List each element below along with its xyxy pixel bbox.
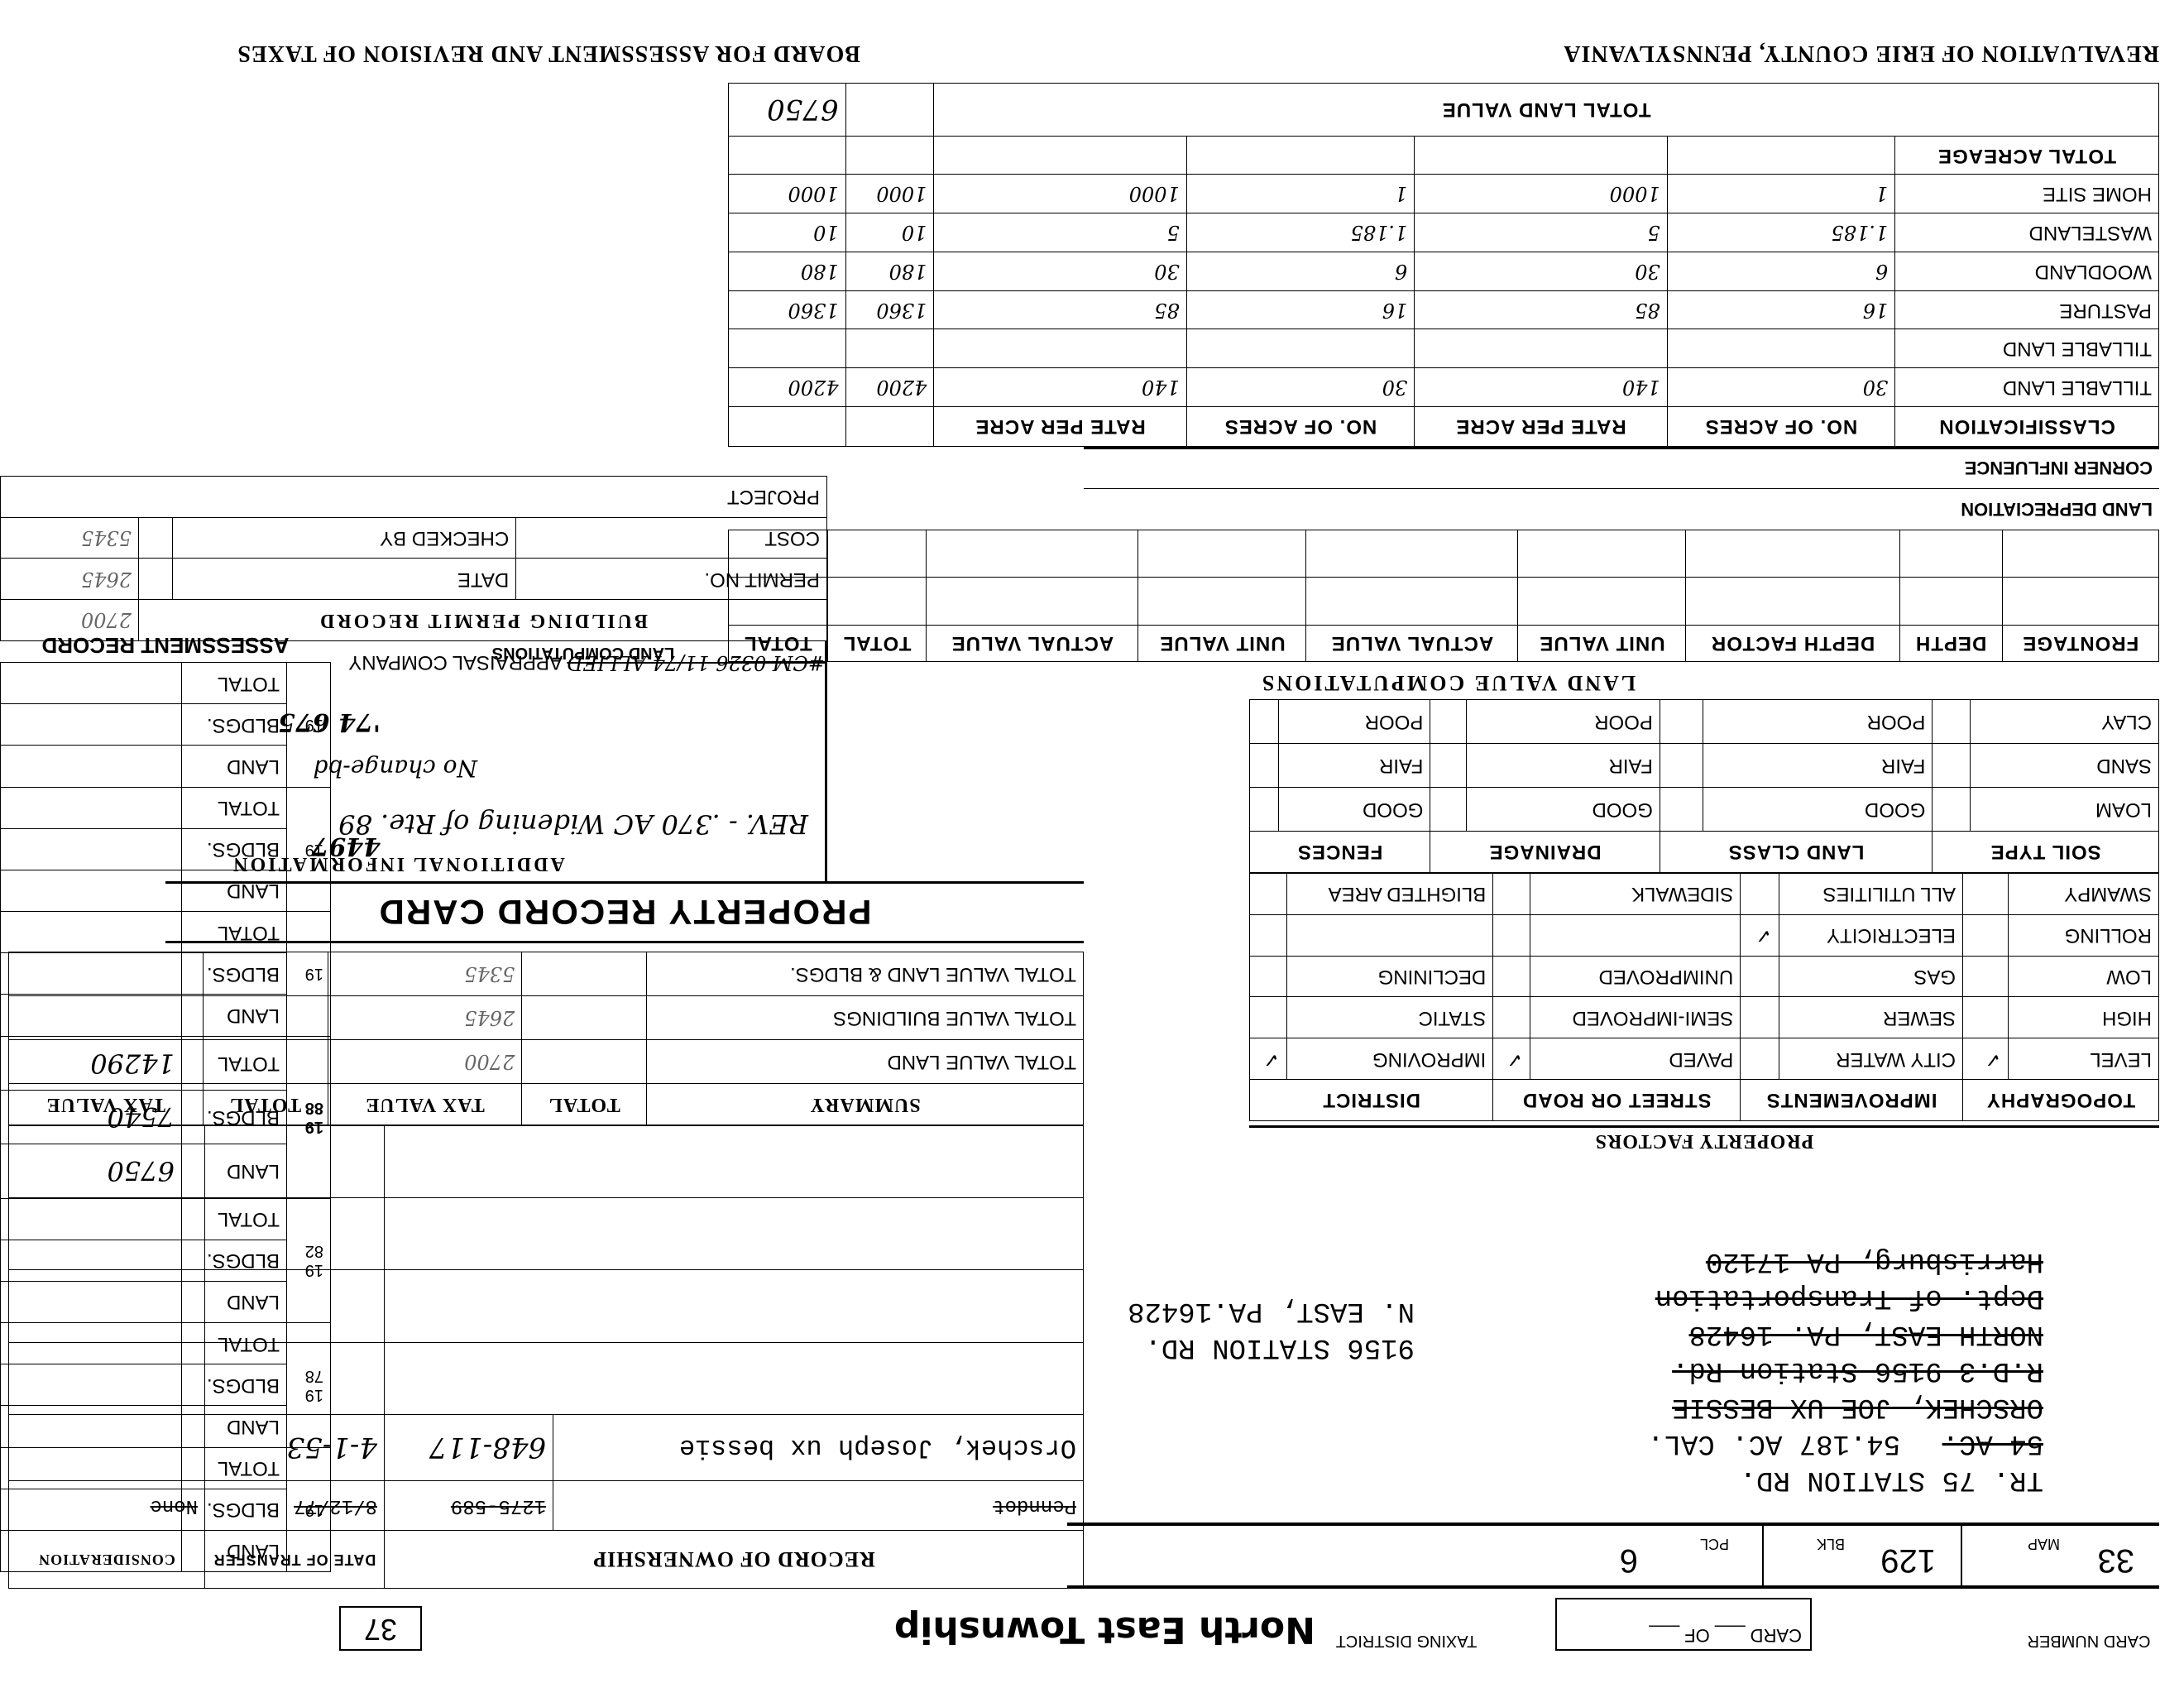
assessment-1988-land: 6750	[1, 1144, 182, 1198]
description-lines: TR. 75 STATION RD. 54 AC. 54.187 AC. CAL…	[1547, 1243, 2043, 1498]
summary-land-bldgs-total	[522, 952, 647, 996]
district-code: 37	[339, 1606, 422, 1651]
taxing-district-label: TAXING DISTRICT	[1332, 1601, 1481, 1651]
class-woodland: WOODLAND	[1895, 252, 2159, 291]
check-paved-icon[interactable]: ✓	[1493, 1038, 1530, 1080]
pf-electricity: ELECTRICITY	[1779, 914, 1962, 956]
desc-line-3: ORSCHEK, JOE UX BESSIE	[1547, 1388, 2043, 1425]
pcl-label: PCL	[1700, 1535, 1729, 1552]
soil-clay: CLAY	[1970, 700, 2158, 744]
side-note-2: '74 675	[278, 707, 381, 736]
desc-line-4: R.D.3 9156 Station Rd.	[1547, 1352, 2043, 1388]
date-label: DATE	[172, 559, 515, 600]
card-of-box[interactable]: CARD ___ OF ___	[1555, 1598, 1812, 1651]
col-improvements: IMPROVEMENTS	[1741, 1080, 1963, 1121]
checkbox-sand[interactable]	[1933, 744, 1971, 788]
checked-by-label: CHECKED BY	[172, 517, 515, 559]
col-rate-per-acre-2: RATE PER ACRE	[934, 407, 1186, 447]
pf-empty-2	[1286, 914, 1493, 956]
pf-empty-1	[1530, 914, 1740, 956]
checkbox-high[interactable]	[1963, 997, 2009, 1038]
property-description: TR. 75 STATION RD. 54 AC. 54.187 AC. CAL…	[1067, 1167, 2159, 1514]
owner-1: Orschek, Joseph ux bessie	[553, 1415, 1084, 1481]
soil-loam: LOAM	[1970, 788, 2158, 832]
permit-no-label: PERMIT NO.	[516, 559, 827, 600]
pf-swampy: SWAMPY	[2009, 874, 2159, 915]
pf-paved: PAVED	[1530, 1038, 1740, 1080]
col-depth: DEPTH	[1899, 626, 2002, 662]
fence-poor: POOR	[1278, 700, 1430, 744]
checkbox-empty-1[interactable]	[1493, 914, 1530, 956]
map-label: MAP	[2028, 1535, 2060, 1552]
col-summary-tax-1: TAX VALUE	[328, 1084, 522, 1125]
class-tillable-2: TILLABLE LAND	[1895, 329, 2159, 368]
pcl-value: 6	[1620, 1542, 1638, 1579]
checkbox-sewer[interactable]	[1741, 997, 1779, 1038]
checkbox-drain-fair[interactable]	[1430, 744, 1467, 788]
address-line-2: N. EAST, PA.16428	[1067, 1292, 1415, 1329]
pf-all-utilities: ALL UTILITIES	[1779, 874, 1962, 915]
total-land-value: 6750	[729, 84, 846, 137]
checkbox-unimproved[interactable]	[1493, 956, 1530, 997]
address-line-1: 9156 STATION RD.	[1067, 1329, 1415, 1365]
total-land-value-label: TOTAL LAND VALUE	[934, 84, 2159, 137]
summary-land-label: TOTAL VALUE LAND	[647, 1040, 1084, 1084]
summary-land-bldgs-tax: 5345	[328, 952, 522, 996]
col-no-of-acres: NO. OF ACRES	[1667, 407, 1894, 447]
drain-fair: FAIR	[1467, 744, 1660, 788]
cost-label: COST	[516, 517, 827, 559]
checkbox-class-fair[interactable]	[1660, 744, 1703, 788]
checkbox-declining[interactable]	[1250, 956, 1287, 997]
col-frontage: FRONTAGE	[2002, 626, 2158, 662]
class-wasteland: WASTELAND	[1895, 213, 2159, 252]
col-value-1	[845, 407, 934, 447]
soil-table: SOIL TYPE LAND CLASS DRAINAGE FENCES LOA…	[1249, 699, 2159, 873]
checkbox-fence-poor[interactable]	[1250, 700, 1279, 744]
col-soil-type: SOIL TYPE	[1933, 832, 2159, 873]
col-land-class: LAND CLASS	[1660, 832, 1932, 873]
col-no-of-acres-2: NO. OF ACRES	[1186, 407, 1414, 447]
check-electricity-icon[interactable]: ✓	[1741, 914, 1779, 956]
checkbox-drain-good[interactable]	[1430, 788, 1467, 832]
checkbox-all-utilities[interactable]	[1741, 874, 1779, 915]
checkbox-drain-poor[interactable]	[1430, 700, 1467, 744]
summary-bldgs-total	[522, 996, 647, 1040]
project-label: PROJECT	[1, 477, 827, 518]
property-record-card: CARD NUMBER CARD ___ OF ___ TAXING DISTR…	[0, 0, 2184, 1688]
checkbox-loam[interactable]	[1933, 788, 1971, 832]
col-summary-total-1: TOTAL	[522, 1084, 647, 1125]
drain-good: GOOD	[1467, 788, 1660, 832]
map-cell: MAP 33	[1961, 1526, 2159, 1585]
desc-line-6: Dept. of Transportation	[1547, 1279, 2043, 1316]
checkbox-swampy[interactable]	[1963, 874, 2009, 915]
deed-1: 648-117	[385, 1415, 553, 1481]
pf-sewer: SEWER	[1779, 997, 1962, 1038]
col-classification: CLASSIFICATION	[1895, 407, 2159, 447]
class-home-site: HOME SITE	[1895, 175, 2159, 213]
fence-fair: FAIR	[1278, 744, 1430, 788]
card-id-row: CARD NUMBER CARD ___ OF ___ TAXING DISTR…	[25, 1601, 2159, 1651]
blk-cell: BLK 129	[1762, 1526, 1961, 1585]
assessment-1988-total: 14290	[1, 1036, 182, 1090]
class-poor: POOR	[1703, 700, 1933, 744]
permit-margin-1: 2645	[1, 559, 139, 600]
checkbox-fence-fair[interactable]	[1250, 744, 1279, 788]
pf-semi-improved: SEMI-IMPROVED	[1530, 997, 1740, 1038]
checkbox-static[interactable]	[1250, 997, 1287, 1038]
soil-sand: SAND	[1970, 744, 2158, 788]
desc-line-0: TR. 75 STATION RD.	[1547, 1461, 2043, 1498]
property-factors-title: PROPERTY FACTORS	[1249, 1125, 2159, 1158]
assessment-record-table: 19LAND BLDGS. TOTAL 19 78LAND BLDGS. TOT…	[0, 662, 331, 1572]
map-blk-pcl-row: MAP 33 BLK 129 PCL 6	[1067, 1523, 2159, 1589]
pf-declining: DECLINING	[1286, 956, 1493, 997]
land-computations-label: LAND COMPUTATIONS	[438, 621, 728, 662]
header-left-title: REVALUATION OF ERIE COUNTY, PENNSYLVANIA	[1084, 40, 2159, 66]
col-actual-value-2: ACTUAL VALUE	[927, 626, 1138, 662]
summary-land-tax: 2700	[328, 1040, 522, 1084]
class-fair: FAIR	[1703, 744, 1933, 788]
col-topography: TOPOGRAPHY	[1963, 1080, 2159, 1121]
blk-value: 129	[1880, 1542, 1936, 1579]
checkbox-rolling[interactable]	[1963, 914, 2009, 956]
checkbox-class-poor[interactable]	[1660, 700, 1703, 744]
col-value-2	[729, 407, 846, 447]
col-depth-factor: DEPTH FACTOR	[1686, 626, 1899, 662]
col-fences: FENCES	[1250, 832, 1430, 873]
summary-bldgs-tax: 2645	[328, 996, 522, 1040]
desc-line-5: NORTH EAST, PA. 16428	[1547, 1316, 2043, 1352]
col-unit-value-2: UNIT VALUE	[1138, 626, 1306, 662]
additional-info-note-1: REV. - .370 AC Widening of Rte. 89	[338, 808, 808, 840]
col-rate-per-acre: RATE PER ACRE	[1415, 407, 1667, 447]
assessment-year-1988: 19 88	[287, 1036, 331, 1198]
additional-info-note-2: No change-bd	[313, 755, 477, 782]
blk-label: BLK	[1817, 1535, 1845, 1552]
pf-improving: IMPROVING	[1286, 1038, 1493, 1080]
class-good: GOOD	[1703, 788, 1933, 832]
assessment-record-title: ASSESSMENT RECORD	[0, 616, 331, 658]
pf-sidewalk: SIDEWALK	[1530, 874, 1740, 915]
pf-static: STATIC	[1286, 997, 1493, 1038]
pf-city-water: CITY WATER	[1779, 1038, 1962, 1080]
summary-land-total	[522, 1040, 647, 1084]
ownership-title: RECORD OF OWNERSHIP	[385, 1531, 1084, 1589]
desc-line-1: 54 AC.	[1942, 1425, 2043, 1461]
corner-influence-label: CORNER INFLUENCE	[1084, 447, 2159, 488]
pf-gas: GAS	[1779, 956, 1962, 997]
assessment-1988-bldgs: 7540	[1, 1090, 182, 1144]
checkbox-class-good[interactable]	[1660, 788, 1703, 832]
permit-margin-2: 5345	[1, 517, 139, 559]
checkbox-low[interactable]	[1963, 956, 2009, 997]
desc-line-2: 54.187 AC. CAL.	[1647, 1427, 1900, 1459]
pf-rolling: ROLLING	[2009, 914, 2159, 956]
col-unit-value-1: UNIT VALUE	[1518, 626, 1686, 662]
fence-good: GOOD	[1278, 788, 1430, 832]
land-depreciation-label: LAND DEPRECIATION	[1084, 488, 2159, 530]
pf-high: HIGH	[2009, 997, 2159, 1038]
checkbox-sidewalk[interactable]	[1493, 874, 1530, 915]
total-acreage-label: TOTAL ACREAGE	[1895, 136, 2159, 175]
check-improving-icon[interactable]: ✓	[1250, 1038, 1287, 1080]
checkbox-blighted[interactable]	[1250, 874, 1287, 915]
header-right-title: BOARD FOR ASSESSMENT AND REVISION OF TAX…	[33, 40, 860, 66]
side-note-1: 4497	[312, 832, 381, 861]
checkbox-empty-2[interactable]	[1250, 914, 1287, 956]
checkbox-clay[interactable]	[1933, 700, 1971, 744]
owner-0: Penndot	[553, 1481, 1084, 1531]
drain-poor: POOR	[1467, 700, 1660, 744]
col-street: STREET OR ROAD	[1493, 1080, 1741, 1121]
summary-title: SUMMARY	[647, 1084, 1084, 1125]
checkbox-semi-improved[interactable]	[1493, 997, 1530, 1038]
pf-level: LEVEL	[2009, 1038, 2159, 1080]
col-total-1: TOTAL	[827, 626, 927, 662]
current-address: 9156 STATION RD. N. EAST, PA.16428	[1067, 1292, 1415, 1365]
check-level-icon[interactable]: ✓	[1963, 1038, 2009, 1080]
pcl-cell: PCL 6	[1067, 1526, 1762, 1585]
property-factors-table: TOPOGRAPHY IMPROVEMENTS STREET OR ROAD D…	[1249, 873, 2159, 1121]
pf-unimproved: UNIMPROVED	[1530, 956, 1740, 997]
pf-low: LOW	[2009, 956, 2159, 997]
land-value-computations-title: LAND VALUE COMPUTATIONS	[736, 662, 2159, 695]
desc-line-7: Harrisburg, PA 17120	[1547, 1243, 2043, 1279]
summary-land-bldgs-label: TOTAL VALUE LAND & BLDGS.	[647, 952, 1084, 996]
checkbox-city-water[interactable]	[1741, 1038, 1779, 1080]
col-actual-value-1: ACTUAL VALUE	[1306, 626, 1518, 662]
map-value: 33	[2098, 1542, 2135, 1579]
pf-blighted: BLIGHTED AREA	[1286, 874, 1493, 915]
summary-bldgs-label: TOTAL VALUE BUILDINGS	[647, 996, 1084, 1040]
land-value-table: FRONTAGE DEPTH DEPTH FACTOR UNIT VALUE A…	[728, 530, 2159, 662]
col-district: DISTRICT	[1250, 1080, 1493, 1121]
checkbox-gas[interactable]	[1741, 956, 1779, 997]
card-number-label: CARD NUMBER	[2019, 1601, 2159, 1651]
class-tillable-1: TILLABLE LAND	[1895, 368, 2159, 407]
class-pasture: PASTURE	[1895, 290, 2159, 329]
taxing-district: North East Township	[819, 1601, 1315, 1651]
acreage-table: CLASSIFICATION NO. OF ACRES RATE PER ACR…	[728, 83, 2159, 447]
checkbox-fence-good[interactable]	[1250, 788, 1279, 832]
deed-0: 1275-589	[385, 1481, 553, 1531]
col-drainage: DRAINAGE	[1430, 832, 1660, 873]
